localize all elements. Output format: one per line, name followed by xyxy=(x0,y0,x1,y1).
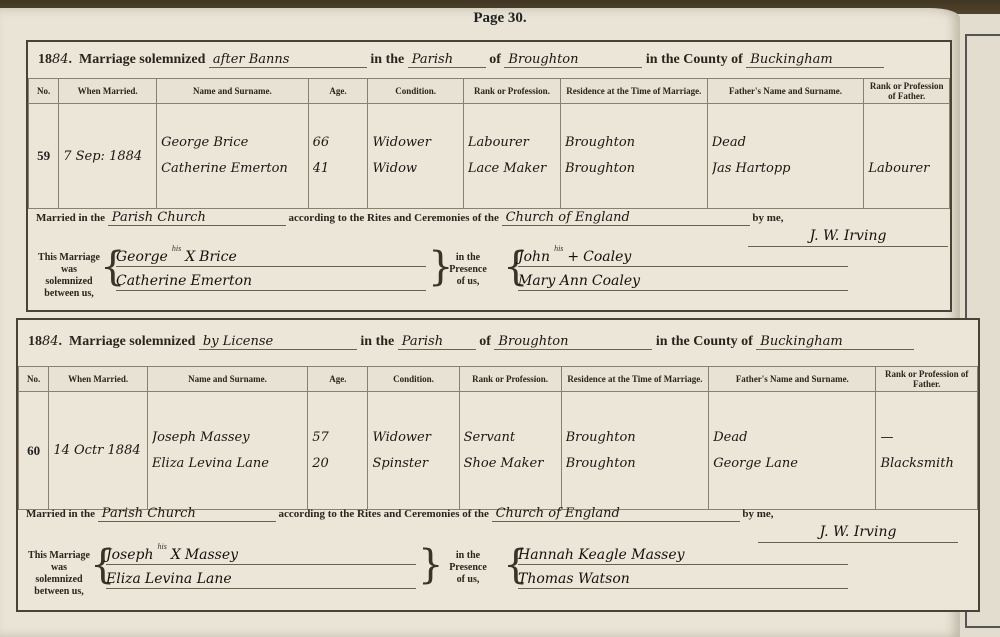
label-line: of us, xyxy=(438,574,498,586)
groom-age: 57 xyxy=(312,425,363,451)
groom-name: George Brice xyxy=(161,130,304,156)
groom-residence: Broughton xyxy=(565,130,703,156)
of-label: of xyxy=(741,334,753,350)
in-presence-label: in thePresenceof us, xyxy=(438,550,498,586)
rites: Church of England xyxy=(502,210,750,226)
witness-first: Mary Ann xyxy=(518,273,588,289)
solemnized-label: Marriage solemnized xyxy=(69,334,195,350)
rites: Church of England xyxy=(492,506,740,522)
party-first: Catherine xyxy=(116,273,186,289)
name-cell: Joseph Massey Eliza Levina Lane xyxy=(147,392,307,510)
county-name: Buckingham xyxy=(746,52,884,68)
column-header: Age. xyxy=(308,367,368,392)
residence-cell: Broughton Broughton xyxy=(561,392,709,510)
witness-signature: Thomas Watson xyxy=(518,570,848,589)
witness-signature: Mary Ann Coaley xyxy=(518,272,848,291)
groom-rank: Labourer xyxy=(468,130,556,156)
father-cell: Dead Jas Hartopp xyxy=(707,104,864,209)
groom-father-rank xyxy=(868,130,945,156)
according-label: according to the Rites and Ceremonies of… xyxy=(279,508,489,520)
party-last: Massey xyxy=(185,547,238,563)
in-the-label: in the xyxy=(360,334,394,350)
mark-his: his xyxy=(172,244,181,253)
label-line: solemnized xyxy=(24,574,94,586)
according-label: according to the Rites and Ceremonies of… xyxy=(289,212,499,224)
column-header: Rank or Profession of Father. xyxy=(876,367,978,392)
solemnized-label: Marriage solemnized xyxy=(79,52,205,68)
party-first: Eliza xyxy=(106,571,141,587)
in-the-label: in the xyxy=(370,52,404,68)
groom-condition: Widower xyxy=(372,425,454,451)
bride-residence: Broughton xyxy=(565,156,703,182)
name-cell: George Brice Catherine Emerton xyxy=(157,104,309,209)
when-married: 14 Octr 1884 xyxy=(49,392,148,510)
bride-age: 20 xyxy=(312,451,363,477)
married-in-line: Married in the Parish Church according t… xyxy=(36,210,784,226)
bride-residence: Broughton xyxy=(566,451,705,477)
married-in-place: Parish Church xyxy=(108,210,286,226)
witness-last: Coaley xyxy=(583,249,631,265)
county-name: Buckingham xyxy=(756,334,914,350)
bride-condition: Widow xyxy=(372,156,458,182)
mark-x: X xyxy=(185,249,195,265)
year-suffix: 84 xyxy=(52,52,69,67)
label-line: Presence xyxy=(438,562,498,574)
bride-rank: Shoe Maker xyxy=(464,451,557,477)
column-header: When Married. xyxy=(49,367,148,392)
in-presence-label: in thePresenceof us, xyxy=(438,252,498,288)
label-line: was xyxy=(34,264,104,276)
entry-number: 60 xyxy=(19,392,49,510)
party-last: Brice xyxy=(199,249,237,265)
label-line: Presence xyxy=(438,264,498,276)
label-line: solemnized xyxy=(34,276,104,288)
year-prefix: 18 xyxy=(38,52,52,68)
father-rank-cell: Labourer xyxy=(864,104,950,209)
by-me-label: by me, xyxy=(752,212,783,224)
label-line: was xyxy=(24,562,94,574)
bride-name: Eliza Levina Lane xyxy=(152,451,303,477)
label-line: in the xyxy=(438,252,498,264)
groom-father: Dead xyxy=(713,425,871,451)
party-last: Levina Lane xyxy=(145,571,232,587)
column-header: Rank or Profession. xyxy=(459,367,561,392)
witness-first: John xyxy=(518,249,550,265)
this-marriage-label: This Marriagewassolemnizedbetween us, xyxy=(24,550,94,598)
groom-father: Dead xyxy=(712,130,860,156)
entry-heading: 1884. Marriage solemnized after Banns in… xyxy=(38,52,884,68)
parish-type: Parish xyxy=(398,334,476,350)
bride-father: Jas Hartopp xyxy=(712,156,860,182)
mark-x: X xyxy=(171,547,181,563)
column-header: Rank or Profession of Father. xyxy=(864,79,950,104)
of-label: of xyxy=(489,52,501,68)
column-header: Age. xyxy=(308,79,368,104)
parish-type: Parish xyxy=(408,52,486,68)
witness-first: Hannah Keagle Massey xyxy=(518,547,685,563)
condition-cell: Widower Spinster xyxy=(368,392,459,510)
column-header: Condition. xyxy=(368,79,463,104)
bride-age: 41 xyxy=(313,156,364,182)
groom-name: Joseph Massey xyxy=(152,425,303,451)
label-line: This Marriage xyxy=(34,252,104,264)
officiant-signature: J. W. Irving xyxy=(748,228,948,247)
party-first: George xyxy=(116,249,168,265)
parish-name: Broughton xyxy=(494,334,652,350)
married-in-line: Married in the Parish Church according t… xyxy=(26,506,774,522)
column-header: Condition. xyxy=(368,367,459,392)
bride-name: Catherine Emerton xyxy=(161,156,304,182)
party-signature: Catherine Emerton xyxy=(116,272,426,291)
year-suffix: 84 xyxy=(42,334,59,349)
rank-cell: Servant Shoe Maker xyxy=(459,392,561,510)
column-header: Father's Name and Surname. xyxy=(707,79,864,104)
column-header: No. xyxy=(29,79,59,104)
married-in-label: Married in the xyxy=(36,212,105,224)
party-last: Emerton xyxy=(190,273,252,289)
of-label: of xyxy=(731,52,743,68)
witness-first: Thomas Watson xyxy=(518,571,630,587)
bride-father-rank: Blacksmith xyxy=(880,451,973,477)
bride-father-rank: Labourer xyxy=(868,156,945,182)
entry-number: 59 xyxy=(29,104,59,209)
bride-rank: Lace Maker xyxy=(468,156,556,182)
label-line: in the xyxy=(438,550,498,562)
column-header: When Married. xyxy=(59,79,157,104)
groom-age: 66 xyxy=(313,130,364,156)
mark-x: + xyxy=(567,249,579,265)
year-prefix: 18 xyxy=(28,334,42,350)
mark-his: his xyxy=(158,542,167,551)
officiant-signature: J. W. Irving xyxy=(758,524,958,543)
marriage-entry-60: 1884. Marriage solemnized by License in … xyxy=(16,318,980,612)
county-label: in the County xyxy=(656,334,738,350)
column-header: Father's Name and Surname. xyxy=(709,367,876,392)
mark-his: his xyxy=(554,244,563,253)
column-header: Name and Surname. xyxy=(157,79,309,104)
condition-cell: Widower Widow xyxy=(368,104,463,209)
parish-name: Broughton xyxy=(504,52,642,68)
column-header: Residence at the Time of Marriage. xyxy=(560,79,707,104)
register-table: No.When Married.Name and Surname.Age.Con… xyxy=(18,366,978,510)
bride-father: George Lane xyxy=(713,451,871,477)
party-signature: George his X Brice xyxy=(116,248,426,267)
age-cell: 57 20 xyxy=(308,392,368,510)
groom-residence: Broughton xyxy=(566,425,705,451)
column-header: Name and Surname. xyxy=(147,367,307,392)
residence-cell: Broughton Broughton xyxy=(560,104,707,209)
party-signature: Eliza Levina Lane xyxy=(106,570,416,589)
witness-signature: John his + Coaley xyxy=(518,248,848,267)
married-in-label: Married in the xyxy=(26,508,95,520)
marriage-entry-59: 1884. Marriage solemnized after Banns in… xyxy=(26,40,952,312)
rank-cell: Labourer Lace Maker xyxy=(463,104,560,209)
father-rank-cell: — Blacksmith xyxy=(876,392,978,510)
this-marriage-label: This Marriagewassolemnizedbetween us, xyxy=(34,252,104,300)
age-cell: 66 41 xyxy=(308,104,368,209)
label-line: between us, xyxy=(34,288,104,300)
label-line: between us, xyxy=(24,586,94,598)
party-first: Joseph xyxy=(106,547,154,563)
solemnized-by: by License xyxy=(199,334,357,350)
register-table: No.When Married.Name and Surname.Age.Con… xyxy=(28,78,950,209)
bride-condition: Spinster xyxy=(372,451,454,477)
party-signature: Joseph his X Massey xyxy=(106,546,416,565)
of-label: of xyxy=(479,334,491,350)
father-cell: Dead George Lane xyxy=(709,392,876,510)
label-line: of us, xyxy=(438,276,498,288)
solemnized-by: after Banns xyxy=(209,52,367,68)
page-number: Page 30. xyxy=(0,10,1000,27)
groom-father-rank: — xyxy=(880,425,973,451)
column-header: Residence at the Time of Marriage. xyxy=(561,367,709,392)
entry-heading: 1884. Marriage solemnized by License in … xyxy=(28,334,914,350)
when-married: 7 Sep: 1884 xyxy=(59,104,157,209)
groom-rank: Servant xyxy=(464,425,557,451)
groom-condition: Widower xyxy=(372,130,458,156)
witness-last: Coaley xyxy=(592,273,640,289)
witness-signature: Hannah Keagle Massey xyxy=(518,546,848,565)
column-header: No. xyxy=(19,367,49,392)
county-label: in the County xyxy=(646,52,728,68)
by-me-label: by me, xyxy=(742,508,773,520)
married-in-place: Parish Church xyxy=(98,506,276,522)
label-line: This Marriage xyxy=(24,550,94,562)
column-header: Rank or Profession. xyxy=(463,79,560,104)
